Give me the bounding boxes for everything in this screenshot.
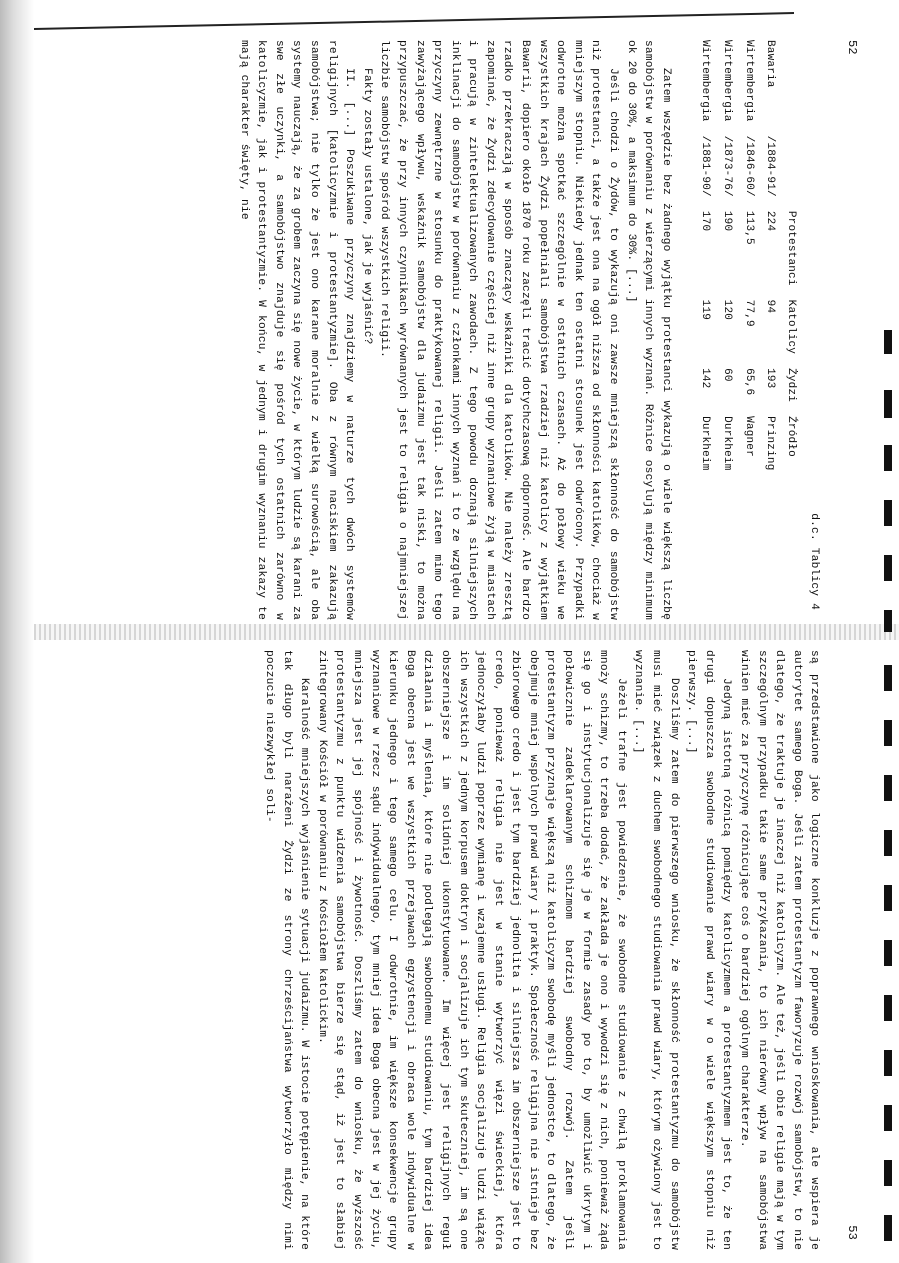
cell-jews: 193 bbox=[757, 368, 779, 416]
column-header: Żydzi bbox=[778, 368, 799, 416]
column-header bbox=[778, 40, 799, 136]
binding-mark bbox=[884, 445, 892, 471]
cell-region: Wirtembergia bbox=[692, 40, 714, 136]
binding-mark bbox=[884, 940, 892, 966]
column-header: Protestanci bbox=[778, 211, 799, 300]
cell-catholics: 77,9 bbox=[735, 300, 757, 368]
paragraph: Jeżeli trafne jest powiedzenie, że swobo… bbox=[312, 650, 629, 1250]
paragraph: Jedyną istotną różnicą pomiędzy katolicy… bbox=[682, 650, 735, 1250]
cell-period: /1873-76/ bbox=[713, 136, 735, 211]
binding-mark bbox=[884, 1105, 892, 1131]
column-header bbox=[778, 136, 799, 211]
table-row: Bawaria /1884-91/ 224 94 193 Prinzing bbox=[757, 40, 779, 485]
binding-mark bbox=[884, 500, 892, 526]
page-number: 53 bbox=[842, 650, 860, 1250]
cell-source: Durkheim bbox=[713, 416, 735, 484]
page-right-content: 53 są przedstawione jako logiczne konklu… bbox=[259, 650, 860, 1250]
cell-source: Durkheim bbox=[692, 416, 714, 484]
table-row: Wirtembergia /1881-90/ 170 119 142 Durkh… bbox=[692, 40, 714, 485]
binding-mark bbox=[884, 1050, 892, 1076]
cell-region: Bawaria bbox=[757, 40, 779, 136]
column-header: Katolicy bbox=[778, 300, 799, 368]
page-left-content: 52 d.c. Tablicy 4 Protestanci Katolicy Ż… bbox=[234, 40, 860, 620]
binding-mark bbox=[884, 610, 892, 632]
binding-mark bbox=[884, 995, 892, 1021]
paragraph: Zatem wszędzie bez żadnego wyjątku prote… bbox=[621, 40, 674, 620]
cell-region: Wirtembergia bbox=[713, 40, 735, 136]
cell-period: /1884-91/ bbox=[757, 136, 779, 211]
binding-mark bbox=[884, 665, 892, 691]
table-caption: d.c. Tablicy 4 bbox=[805, 40, 823, 620]
paragraph: Doszliśmy zatem do pierwszego wniosku, ż… bbox=[629, 650, 682, 1250]
cell-protestants: 224 bbox=[757, 211, 779, 300]
cell-period: /1881-90/ bbox=[692, 136, 714, 211]
binding-mark bbox=[884, 720, 892, 746]
scan-border-left bbox=[0, 0, 34, 1263]
binding-mark bbox=[884, 775, 892, 801]
cell-catholics: 119 bbox=[692, 300, 714, 368]
table-row: Wirtembergia /1873-76/ 190 120 60 Durkhe… bbox=[713, 40, 735, 485]
page-left: 52 d.c. Tablicy 4 Protestanci Katolicy Ż… bbox=[70, 40, 860, 620]
cell-catholics: 94 bbox=[757, 300, 779, 368]
cell-source: Prinzing bbox=[757, 416, 779, 484]
column-header: Źródło bbox=[778, 416, 799, 484]
cell-protestants: 113,5 bbox=[735, 211, 757, 300]
cell-protestants: 170 bbox=[692, 211, 714, 300]
binding-mark bbox=[884, 1215, 892, 1241]
table-row: Wirtembergia /1846-60/ 113,5 77,9 65,6 W… bbox=[735, 40, 757, 485]
cell-period: /1846-60/ bbox=[735, 136, 757, 211]
binding-mark bbox=[884, 1160, 892, 1186]
cell-jews: 65,6 bbox=[735, 368, 757, 416]
paragraph: Karalność mniejszych wyjaśnienie sytuacj… bbox=[259, 650, 312, 1250]
cell-jews: 60 bbox=[713, 368, 735, 416]
page-number: 52 bbox=[842, 40, 860, 620]
paragraph: Jeśli chodzi o Żydów, to wykazują oni za… bbox=[375, 40, 621, 620]
table-header-row: Protestanci Katolicy Żydzi Źródło bbox=[778, 40, 799, 485]
binding-mark bbox=[884, 330, 892, 354]
cell-catholics: 120 bbox=[713, 300, 735, 368]
cell-protestants: 190 bbox=[713, 211, 735, 300]
cell-jews: 142 bbox=[692, 368, 714, 416]
scan-edge-top bbox=[34, 12, 794, 36]
page-right: 53 są przedstawione jako logiczne konklu… bbox=[70, 650, 860, 1250]
cell-source: Wagner bbox=[735, 416, 757, 484]
binding-mark bbox=[884, 885, 892, 911]
binding-mark bbox=[884, 555, 892, 581]
paragraph: są przedstawione jako logiczne konkluzje… bbox=[734, 650, 822, 1250]
paragraph: II. [...] Poszukiwane przyczyny znajdzie… bbox=[234, 40, 357, 620]
binding-mark bbox=[884, 390, 892, 418]
binding-marks bbox=[878, 0, 899, 1263]
cell-region: Wirtembergia bbox=[735, 40, 757, 136]
page-fold bbox=[34, 624, 899, 640]
suicide-rate-table: Protestanci Katolicy Żydzi Źródło Bawari… bbox=[692, 40, 799, 485]
paragraph: Fakty zostały ustalone, jak je wyjaśnić? bbox=[357, 40, 375, 620]
binding-mark bbox=[884, 830, 892, 856]
